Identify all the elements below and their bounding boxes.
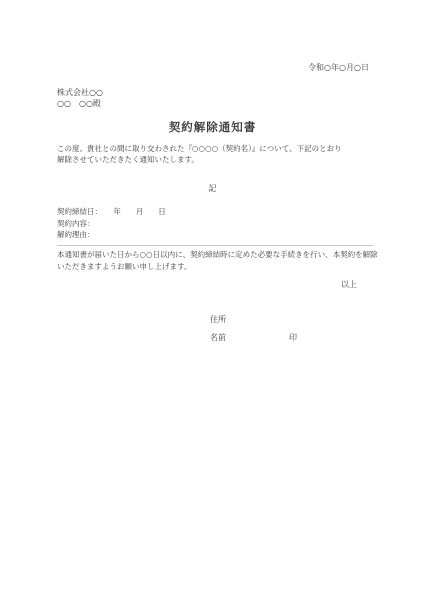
record-marker: 記 [0,183,425,194]
contract-details-list: 契約締結日： 年 月 日 契約内容： 解約理由： [57,206,166,241]
issue-date: 令和○年○月○日 [308,62,369,73]
signature-address-label: 住所 [210,314,226,325]
request-line-2: いただきますようお願い申し上げます。 [57,261,378,273]
signature-seal-label: 印 [289,332,297,343]
document-page: 令和○年○月○日 株式会社○○ ○○ ○○殿 契約解除通知書 この度、貴社との間… [0,0,425,600]
document-title: 契約解除通知書 [0,119,425,135]
intro-paragraph: この度、貴社との間に取り交わされた『○○○○（契約名）』について、下記のとおり … [57,143,342,165]
contract-date-item: 契約締結日： 年 月 日 [57,206,166,218]
cancellation-reason-item: 解約理由： [57,229,166,241]
intro-line-1: この度、貴社との間に取り交わされた『○○○○（契約名）』について、下記のとおり [57,143,342,154]
request-line-1: 本通知書が届いた日から○○日以内に、契約締結時に定めた必要な手続きを行い、本契約… [57,249,378,261]
contract-content-item: 契約内容： [57,218,166,230]
recipient-company: 株式会社○○ [57,87,103,98]
recipient-block: 株式会社○○ ○○ ○○殿 [57,87,103,109]
separator-line [57,245,373,246]
request-paragraph: 本通知書が届いた日から○○日以内に、契約締結時に定めた必要な手続きを行い、本契約… [57,249,378,272]
signature-name-label: 名前 [210,332,226,343]
recipient-person: ○○ ○○殿 [57,98,103,109]
intro-line-2: 解除させていただきたく通知いたします。 [57,154,342,165]
closing-label: 以上 [341,279,357,290]
